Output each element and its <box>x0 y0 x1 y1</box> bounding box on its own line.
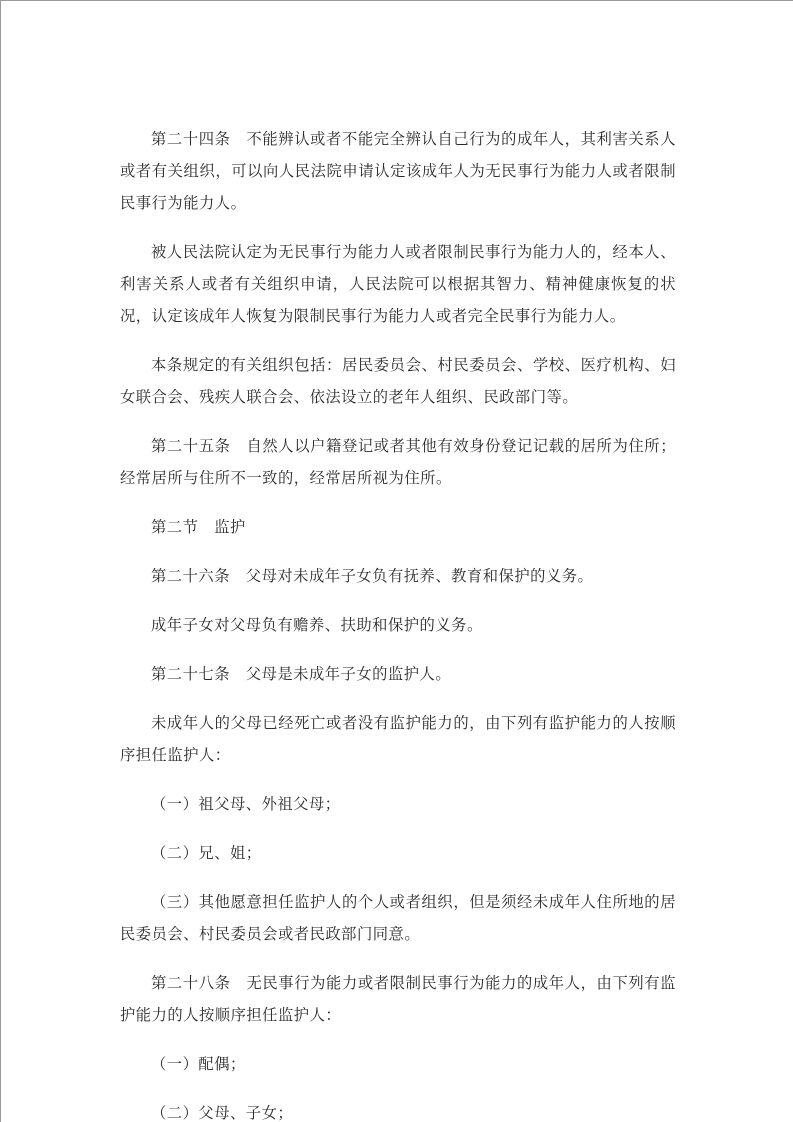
article-26-paragraph-2: 成年子女对父母负有赡养、扶助和保护的义务。 <box>120 609 676 641</box>
article-24-paragraph-3: 本条规定的有关组织包括：居民委员会、村民委员会、学校、医疗机构、妇女联合会、残疾… <box>120 349 676 413</box>
article-24-paragraph-1: 第二十四条 不能辨认或者不能完全辨认自己行为的成年人，其利害关系人或者有关组织，… <box>120 123 676 219</box>
document-page: 第二十四条 不能辨认或者不能完全辨认自己行为的成年人，其利害关系人或者有关组织，… <box>0 0 793 1122</box>
article-28-paragraph-1: 第二十八条 无民事行为能力或者限制民事行为能力的成年人，由下列有监护能力的人按顺… <box>120 967 676 1031</box>
section-heading: 第二节 监护 <box>120 511 676 543</box>
article-27-list-item-2: （二）兄、姐； <box>120 837 676 869</box>
article-24-paragraph-2: 被人民法院认定为无民事行为能力人或者限制民事行为能力人的，经本人、利害关系人或者… <box>120 236 676 332</box>
article-27-list-item-1: （一）祖父母、外祖父母； <box>120 788 676 820</box>
article-26-paragraph-1: 第二十六条 父母对未成年子女负有抚养、教育和保护的义务。 <box>120 560 676 592</box>
article-27-list-item-3: （三）其他愿意担任监护人的个人或者组织，但是须经未成年人住所地的居民委员会、村民… <box>120 886 676 950</box>
document-body: 第二十四条 不能辨认或者不能完全辨认自己行为的成年人，其利害关系人或者有关组织，… <box>120 123 676 1122</box>
article-28-list-item-1: （一）配偶； <box>120 1048 676 1080</box>
article-27-paragraph-2: 未成年人的父母已经死亡或者没有监护能力的，由下列有监护能力的人按顺序担任监护人： <box>120 707 676 771</box>
article-27-paragraph-1: 第二十七条 父母是未成年子女的监护人。 <box>120 658 676 690</box>
article-25: 第二十五条 自然人以户籍登记或者其他有效身份登记记载的居所为住所；经常居所与住所… <box>120 430 676 494</box>
article-28-list-item-2: （二）父母、子女； <box>120 1097 676 1122</box>
